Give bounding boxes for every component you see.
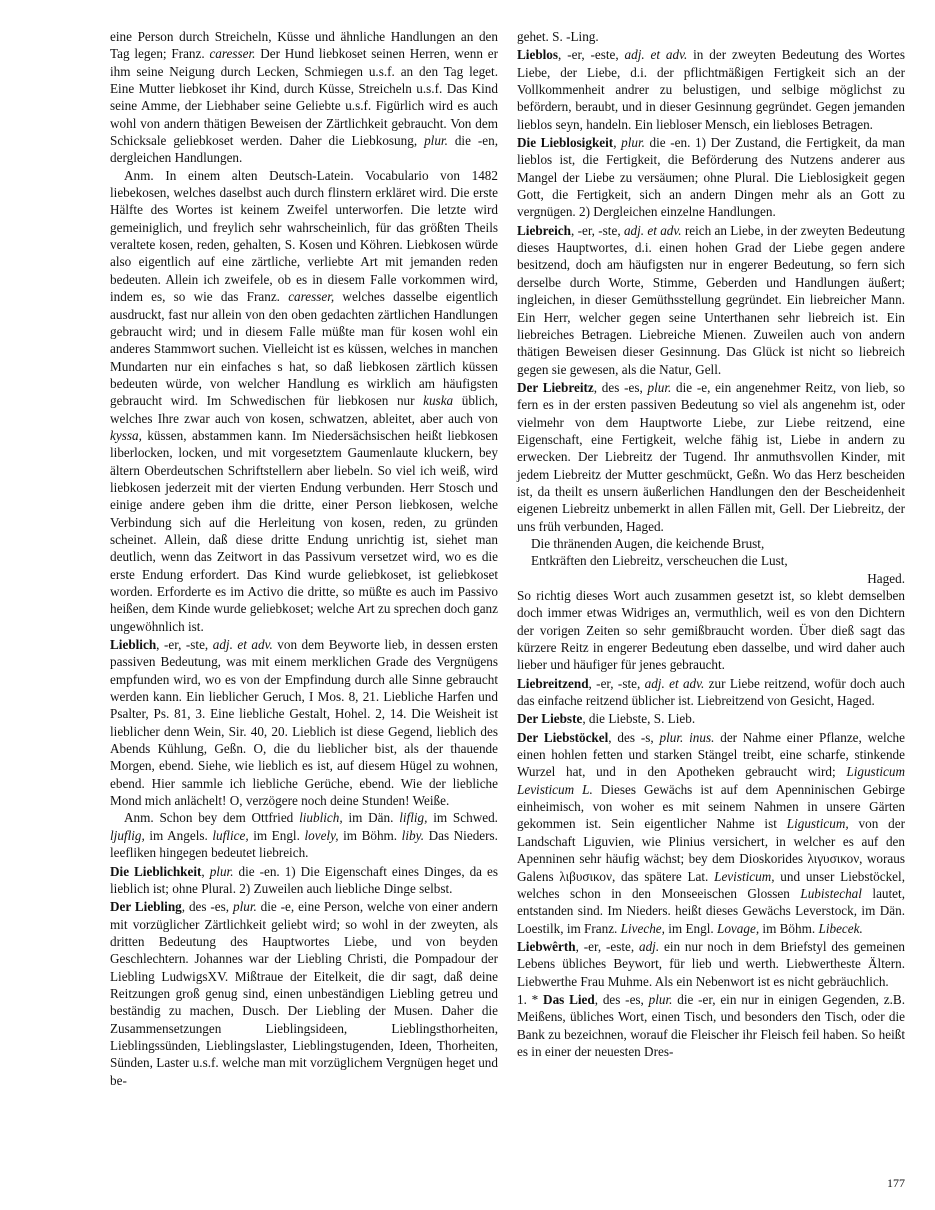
dictionary-page: eine Person durch Streicheln, Küsse und … [110,28,905,1198]
part-of-speech: adj. et adv. [645,676,705,691]
italic-term: Ligusticum, [787,816,849,831]
entry-lieblich: Lieblich, -er, -ste, adj. et adv. von de… [110,636,498,809]
part-of-speech: plur. [210,864,234,879]
definition-text: , die Liebste, S. Lieb. [582,711,695,726]
headword: Das Lied [543,992,595,1007]
text-run: Anm. Schon bey dem Ottfried [124,810,299,825]
continuation-paragraph: gehet. S. -Ling. [517,28,905,45]
grammar-note: , -er, -ste, [571,223,624,238]
entry-lied: 1. * Das Lied, des -es, plur. die -er, e… [517,991,905,1060]
italic-term: liflig, [399,810,427,825]
continuation-paragraph: eine Person durch Streicheln, Küsse und … [110,28,498,167]
part-of-speech: adj. et adv. [213,637,273,652]
part-of-speech: adj. et adv. [625,47,688,62]
definition-text: von dem Beyworte lieb, in dessen ersten … [110,637,498,808]
headword: Liebreitzend [517,676,589,691]
part-of-speech: plur. [647,380,671,395]
headword: Der Liebreitz [517,380,594,395]
italic-term: kuska [423,393,453,408]
entry-lieblos: Lieblos, -er, -este, adj. et adv. in der… [517,46,905,133]
text-run: welches dasselbe eigentlich ausdruckt, f… [110,289,498,408]
grammar-note: , des -es, [594,380,648,395]
plain-paragraph: So richtig dieses Wort auch zusammen ges… [517,587,905,674]
italic-term: luflice, [212,828,248,843]
headword: Der Liebling [110,899,182,914]
entry-liebwerth: Liebwêrth, -er, -este, adj. ein nur noch… [517,938,905,990]
grammar-note: , [201,864,209,879]
entry-liebreich: Liebreich, -er, -ste, adj. et adv. reich… [517,222,905,378]
entry-liebling: Der Liebling, des -es, plur. die -e, ein… [110,898,498,1089]
entry-liebreitzend: Liebreitzend, -er, -ste, adj. et adv. zu… [517,675,905,710]
italic-term: plur. inus. [659,730,714,745]
italic-term: Liveche, [621,921,665,936]
part-of-speech: plur. [621,135,645,150]
verse-line: Die thränenden Augen, die keichende Brus… [517,535,905,552]
headword: Der Liebste [517,711,582,726]
italic-term: lovely, [304,828,338,843]
text-run: küssen, abstammen kann. Im Niedersächsis… [110,428,498,634]
italic-term: ljuflig, [110,828,145,843]
italic-term: Libecek. [818,921,862,936]
entry-liebste: Der Liebste, die Liebste, S. Lieb. [517,710,905,727]
italic-term: caresser, [288,289,334,304]
headword: Der Liebstöckel [517,730,608,745]
headword: Die Lieblichkeit [110,864,201,879]
part-of-speech: plur. [233,899,257,914]
verse-attribution: Haged. [517,570,905,587]
grammar-note: , -er, -este, [576,939,639,954]
text-run: im Engl. [249,828,305,843]
text-run: im Dän. [343,810,400,825]
text-run: im Böhm. [759,921,818,936]
grammar-note: , -er, -este, [558,47,624,62]
headword: Lieblos [517,47,558,62]
text-run: im Schwed. [427,810,498,825]
definition-text: die -e, ein angenehmer Reitz, von lieb, … [517,380,905,534]
entry-number: 1. * [517,992,543,1007]
grammar-note: , [613,135,621,150]
italic-term: plur. [424,133,448,148]
grammar-note: , des -es, [595,992,649,1007]
annotation-paragraph: Anm. Schon bey dem Ottfried liublich, im… [110,809,498,861]
text-run: , des -s, [608,730,659,745]
grammar-note: , -er, -ste, [589,676,645,691]
entry-liebstoeckel: Der Liebstöckel, des -s, plur. inus. der… [517,729,905,937]
italic-term: Levisticum, [714,869,774,884]
part-of-speech: adj. et adv. [624,223,682,238]
text-run: im Angels. [145,828,213,843]
part-of-speech: adj. [639,939,659,954]
right-column: gehet. S. -Ling. Lieblos, -er, -este, ad… [517,28,905,1060]
entry-lieblichkeit: Die Lieblichkeit, plur. die -en. 1) Die … [110,863,498,898]
text-run: im Engl. [665,921,717,936]
verse-line: Entkräften den Liebreitz, verscheuchen d… [517,552,905,569]
page-number: 177 [887,1176,905,1191]
headword: Liebreich [517,223,571,238]
definition-text: die -e, eine Person, welche von einer an… [110,899,498,1087]
annotation-paragraph: Anm. In einem alten Deutsch-Latein. Voca… [110,167,498,635]
definition-text: reich an Liebe, in der zweyten Bedeutung… [517,223,905,377]
italic-term: liublich, [299,810,343,825]
headword: Die Lieblosigkeit [517,135,613,150]
text-run: im Böhm. [339,828,402,843]
italic-term: Lubistechal [800,886,862,901]
text-run: Anm. In einem alten Deutsch-Latein. Voca… [110,168,498,304]
italic-term: liby. [402,828,424,843]
italic-term: caresser. [209,46,255,61]
entry-liebreitz: Der Liebreitz, des -es, plur. die -e, ei… [517,379,905,535]
grammar-note: , des -es, [182,899,233,914]
headword: Liebwêrth [517,939,576,954]
left-column: eine Person durch Streicheln, Küsse und … [110,28,498,1089]
grammar-note: , -er, -ste, [156,637,213,652]
italic-term: Lovage, [717,921,759,936]
headword: Lieblich [110,637,156,652]
entry-lieblosigkeit: Die Lieblosigkeit, plur. die -en. 1) Der… [517,134,905,221]
italic-term: kyssa, [110,428,142,443]
part-of-speech: plur. [649,992,673,1007]
